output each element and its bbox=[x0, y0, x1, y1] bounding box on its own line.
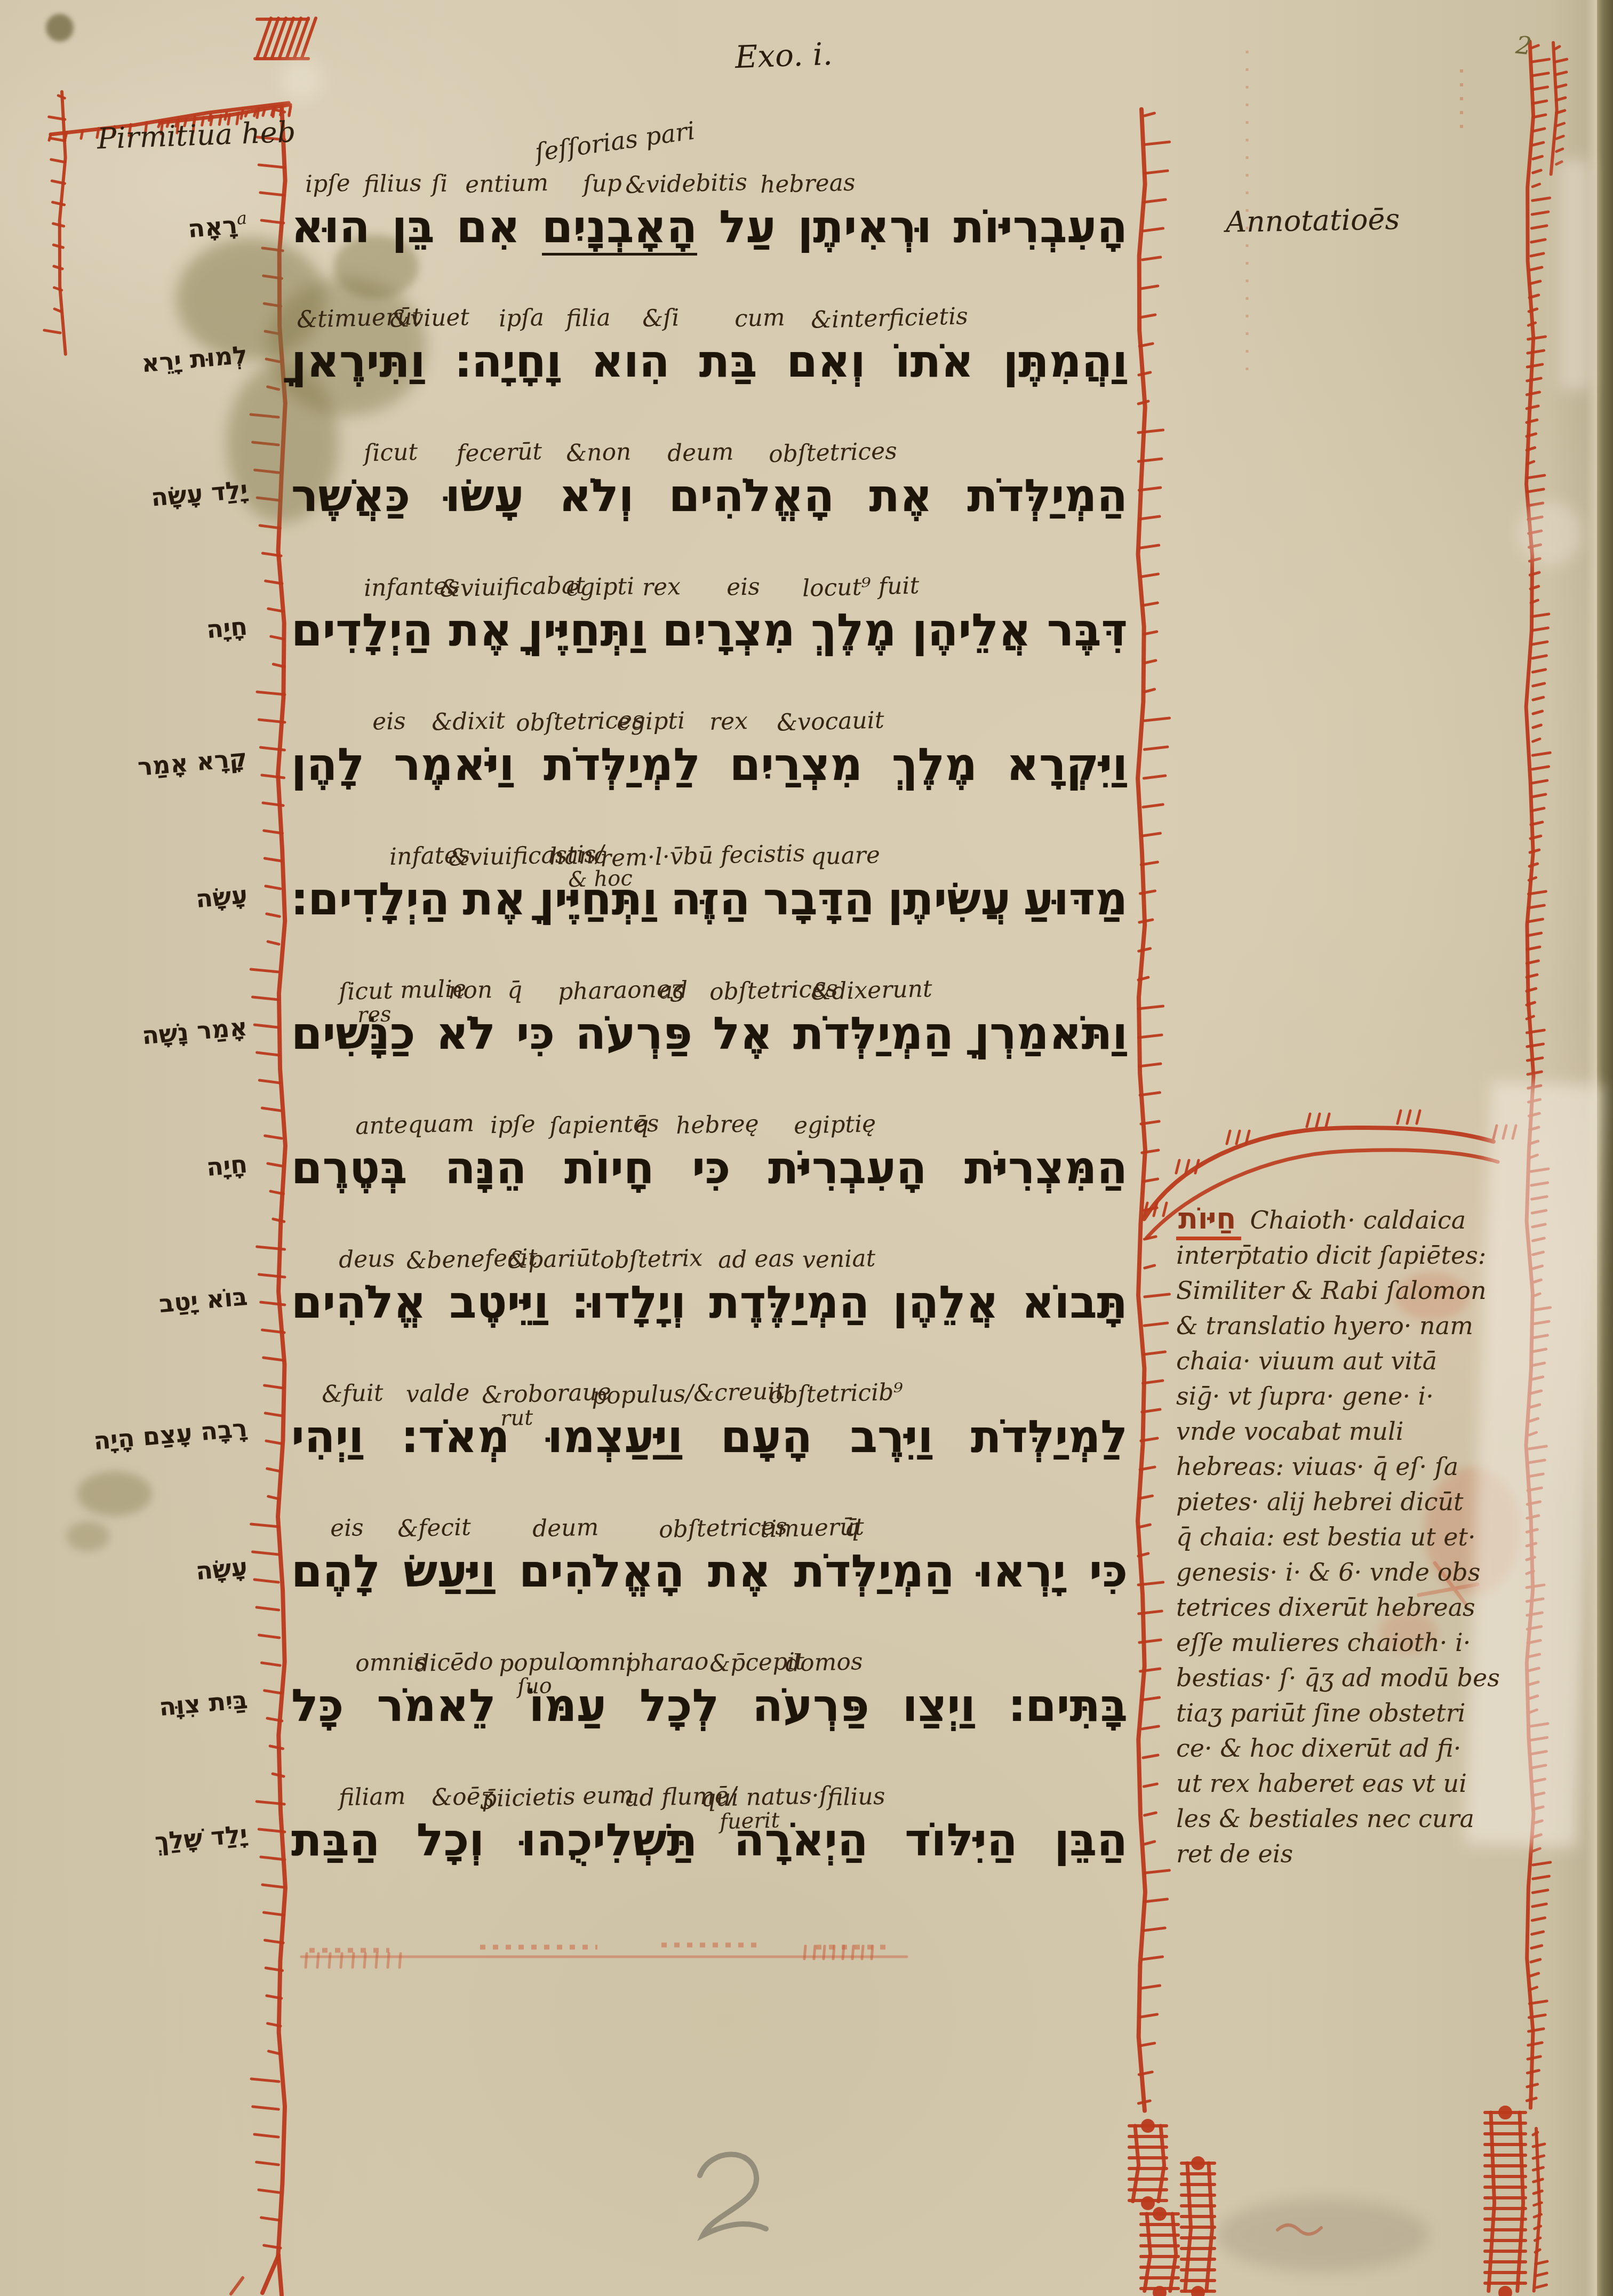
hebrew-word: אֶל bbox=[713, 1007, 773, 1059]
hebrew-word: הַמְיַלֶּדֶת bbox=[709, 1276, 869, 1328]
latin-gloss: veniat bbox=[802, 1245, 876, 1274]
hebrew-word: אֲלֵיהֶן bbox=[912, 604, 1031, 656]
hebrew-text-row: הָעִבְרִיּוֹתוּרְאִיתֶןעַלהָאָבְנָיִםאִם… bbox=[288, 201, 1131, 292]
latin-gloss-row: infantes&viuificabategiptirexeislocut⁹ f… bbox=[288, 562, 1131, 604]
hebrew-word: כַּאֲשֶׁר bbox=[291, 469, 410, 522]
latin-gloss: pharao bbox=[625, 1648, 709, 1677]
hebrew-text-row: הַמִּצְרִיֹּתהָעִבְרִיֹּתכִּיחָיוֹתהֵנָּ… bbox=[288, 1142, 1131, 1233]
hebrew-word: אֶת bbox=[869, 469, 932, 522]
hebrew-word: וַיֹּאמֶר bbox=[394, 738, 514, 791]
annotation-line: siḡ· vt ſupra· gene· i· bbox=[1176, 1378, 1571, 1414]
text-line: eis&dixitobſtetricesegiptirex&vocauitוַי… bbox=[288, 697, 1131, 831]
latin-gloss: &viuet bbox=[389, 304, 469, 333]
annotation-line: genesis· i· & 6· vnde obs bbox=[1176, 1554, 1571, 1590]
latin-gloss: filius bbox=[364, 170, 422, 198]
annotation-line: Similiter & Rabi ſalomon bbox=[1176, 1273, 1571, 1308]
hebrew-word: וַתֹּאמַרְןָ bbox=[974, 1007, 1128, 1059]
hebrew-word: חָיוֹת bbox=[564, 1142, 654, 1194]
hebrew-word: הָאָבְנָיִם bbox=[542, 201, 697, 256]
latin-gloss-row: eis&fecitdeumobſtetricestimuerūtq̄ bbox=[288, 1503, 1131, 1545]
latin-gloss-continuation: fuerit bbox=[720, 1808, 780, 1834]
text-line: filiam&oēʒp̄iicietis eumad flumē/qui nat… bbox=[288, 1772, 1131, 1907]
latin-gloss: ad eas bbox=[717, 1245, 795, 1274]
hebrew-word: כָּל bbox=[291, 1679, 344, 1732]
latin-gloss: filiam bbox=[338, 1782, 406, 1811]
hebrew-word: עַל bbox=[719, 201, 776, 253]
latin-gloss: &interficietis bbox=[810, 302, 968, 334]
margin-root-gloss: חָיָה bbox=[205, 1150, 249, 1182]
hebrew-text-row: תָּבוֹאאֲלֵהֶןהַמְיַלֶּדֶתוְיָלָדוּ׃וַיֵ… bbox=[288, 1276, 1131, 1368]
latin-gloss-row: antequamipſeſapientesq̄hebreęegiptię bbox=[288, 1100, 1131, 1142]
latin-gloss: populus/&creuit bbox=[591, 1377, 785, 1409]
hebrew-text-row: דִּבֶּראֲלֵיהֶןמֶלֶךְמִצְרָיִםוַתְּחַיֶּ… bbox=[288, 604, 1131, 696]
margin-reference-letter: a bbox=[236, 208, 247, 229]
hebrew-word: וָחָיָה׃ bbox=[455, 335, 562, 387]
hebrew-word: הַדָּבָר bbox=[763, 873, 875, 925]
latin-gloss: fecerūt bbox=[456, 438, 542, 467]
hebrew-word: אִם bbox=[456, 201, 520, 253]
annotation-line: interp̄tatio dicit ſapiētes: bbox=[1176, 1238, 1571, 1273]
hebrew-word: וַיְצַו bbox=[903, 1679, 976, 1732]
hebrew-word: אֱלֹהִים bbox=[291, 1276, 426, 1328]
latin-gloss-row: omnisdicēdopopuloſuoomnipharao&p̄cepitdo… bbox=[288, 1638, 1131, 1679]
hebrew-word: הַיִּלּוֹד bbox=[905, 1814, 1017, 1866]
hebrew-text-row: מַדּוּעַעֲשִׂיתֶןהַדָּבָרהַזֶּהוַתְּחַיֶ… bbox=[288, 873, 1131, 964]
hebrew-word: הוּא bbox=[291, 201, 370, 253]
hebrew-word: מַדּוּעַ bbox=[1024, 873, 1128, 925]
latin-gloss: egipti bbox=[566, 572, 635, 601]
latin-gloss-row: eis&dixitobſtetricesegiptirex&vocauit bbox=[288, 697, 1131, 738]
latin-gloss: ipſa bbox=[498, 304, 544, 332]
latin-gloss: &vocauit bbox=[777, 706, 885, 736]
hebrew-word: וַתְּחַיֶּיןָ bbox=[528, 604, 646, 656]
latin-gloss: hebreas bbox=[760, 169, 856, 199]
margin-root-gloss: רָאָהa bbox=[187, 208, 249, 243]
latin-gloss: rem·l·v̄bū fecistis bbox=[600, 840, 805, 872]
hebrew-word: הָעִבְרִיֹּת bbox=[768, 1142, 927, 1194]
hebrew-word: וַהֲמִתֶּן bbox=[1003, 335, 1128, 387]
hebrew-word: אֶת bbox=[449, 604, 513, 656]
latin-gloss: ipſe bbox=[305, 170, 350, 198]
latin-gloss-continuation: rut bbox=[500, 1406, 533, 1431]
hebrew-text-row: וַהֲמִתֶּןאֹתוֹוְאִםבַּתהִואוָחָיָה׃וַתִ… bbox=[288, 335, 1131, 427]
latin-gloss-continuation: ſuo bbox=[517, 1673, 553, 1699]
text-line: infantes&viuificabategiptirexeislocut⁹ f… bbox=[288, 562, 1131, 697]
hebrew-word: לָהֶם bbox=[291, 1545, 380, 1597]
latin-gloss: locut⁹ fuit bbox=[802, 572, 919, 602]
hebrew-word: כִּי bbox=[692, 1142, 730, 1194]
latin-gloss-row: ſicut mulieresnonq̄pharaoneʒadobſtetrice… bbox=[288, 966, 1131, 1007]
hebrew-word: בַּת bbox=[699, 335, 757, 387]
latin-gloss: deus bbox=[338, 1245, 395, 1274]
latin-gloss-row: &fuitvalde&roborauerutpopulus/&creuitobſ… bbox=[288, 1369, 1131, 1410]
hebrew-word: אֲלֵהֶן bbox=[893, 1276, 999, 1328]
latin-gloss: obſtetricib⁹ bbox=[768, 1378, 903, 1409]
text-line: ipſefiliusſientiumſup&videbitishebreasהָ… bbox=[288, 159, 1131, 293]
folio-number: 2 bbox=[1514, 30, 1533, 61]
latin-gloss-row: ipſefiliusſientiumſup&videbitishebreas bbox=[288, 159, 1131, 201]
hebrew-word: הִוא bbox=[591, 335, 670, 387]
latin-gloss: ipſe bbox=[490, 1111, 536, 1139]
hebrew-word: לַמְיַלְּדֹת bbox=[971, 1410, 1128, 1463]
margin-root-gloss: עָשָׂה bbox=[195, 1552, 249, 1585]
latin-gloss: p̄iicietis eum bbox=[482, 1781, 635, 1812]
latin-gloss: q̄ bbox=[633, 1111, 649, 1139]
latin-gloss: hebreę bbox=[675, 1110, 759, 1139]
hebrew-text-row: וַיִּקְרָאמֶלֶךְמִצְרַיִםלַמְיַלְּדֹתוַי… bbox=[288, 738, 1131, 830]
hebrew-word: הַמִּצְרִיֹּת bbox=[964, 1142, 1128, 1194]
text-line: &fuitvalde&roborauerutpopulus/&creuitobſ… bbox=[288, 1369, 1131, 1503]
latin-gloss: ad bbox=[659, 976, 689, 1004]
latin-gloss: domos bbox=[785, 1648, 864, 1677]
latin-gloss-row: infates&viuificastis/hanc& hocrem·l·v̄bū… bbox=[288, 831, 1131, 873]
annotation-line: ut rex haberet eas vt ui bbox=[1176, 1766, 1571, 1801]
annotation-line: ret de eis bbox=[1176, 1836, 1571, 1871]
hebrew-word: כַנָּשִׁים bbox=[291, 1007, 416, 1059]
hebrew-word: בְּטֶרֶם bbox=[291, 1142, 407, 1194]
hebrew-word: אֶת bbox=[708, 1545, 771, 1597]
hebrew-word: כִּי bbox=[1089, 1545, 1128, 1597]
manuscript-page: Exo. i. ſeſſorias pari Pirmitiua heb Ann… bbox=[0, 0, 1613, 2296]
hebrew-word: דִּבֶּר bbox=[1047, 604, 1128, 656]
latin-gloss: ſup bbox=[582, 170, 622, 198]
latin-gloss: q̄ bbox=[844, 1514, 859, 1542]
hebrew-word: לָהֶן bbox=[291, 738, 364, 791]
hebrew-word: וַיַּעַצְמוּ bbox=[547, 1410, 683, 1463]
latin-gloss: antequam bbox=[355, 1110, 475, 1140]
latin-gloss: rex bbox=[642, 573, 681, 601]
hebrew-word: הַבֵּן bbox=[1054, 1814, 1128, 1866]
latin-gloss: qui natus·ſ·fuerit bbox=[701, 1782, 836, 1813]
hebrew-word: וְאִם bbox=[786, 335, 865, 387]
page-title: Exo. i. bbox=[734, 36, 833, 75]
hebrew-word: בֵּן bbox=[392, 201, 435, 253]
latin-gloss: ſicut bbox=[364, 439, 418, 467]
hebrew-word: הֵנָּה bbox=[445, 1142, 526, 1194]
text-line: deus&benefecit&pariūtobſtetrixad easveni… bbox=[288, 1234, 1131, 1369]
annotation-line: bestias· ſ· q̄ʒ ad modū bes bbox=[1176, 1660, 1571, 1695]
latin-gloss: deum bbox=[532, 1513, 600, 1542]
latin-gloss: obſtetrices bbox=[768, 437, 897, 468]
annotation-line: ce· & hoc dixerūt ad fi· bbox=[1176, 1731, 1571, 1766]
hebrew-text-row: לַמְיַלְּדֹתוַיִּרֶבהָעָםוַיַּעַצְמוּמְא… bbox=[288, 1410, 1131, 1502]
latin-gloss: quare bbox=[810, 841, 880, 870]
hebrew-word: וַיִּרֶב bbox=[850, 1410, 933, 1463]
latin-gloss: egipti bbox=[617, 707, 685, 736]
text-line: ſicut mulieresnonq̄pharaoneʒadobſtetrice… bbox=[288, 966, 1131, 1100]
margin-root-gloss: עָשָׂה bbox=[195, 880, 249, 913]
hebrew-word: הָעָם bbox=[721, 1410, 812, 1463]
hebrew-word: וְכָל bbox=[417, 1814, 484, 1866]
latin-gloss-row: ſicutfecerūt&nondeumobſtetrices bbox=[288, 428, 1131, 469]
hebrew-word: מִצְרַיִם bbox=[730, 738, 863, 791]
hebrew-word: תָּבוֹא bbox=[1021, 1276, 1128, 1328]
latin-gloss: filia bbox=[566, 304, 611, 332]
annotation-line: chaia· viuum aut vitā bbox=[1176, 1343, 1571, 1378]
hebrew-word: הָאֱלֹהִים bbox=[519, 1545, 685, 1597]
annotation-line: tetrices dixerūt hebreas bbox=[1176, 1590, 1571, 1625]
hebrew-word: לַמְיַלְּדֹת bbox=[544, 738, 700, 791]
latin-gloss: non bbox=[448, 976, 493, 1004]
hebrew-word: וְיָלָדוּ׃ bbox=[572, 1276, 686, 1328]
hebrew-word: לֵאמֹר bbox=[377, 1679, 496, 1732]
hebrew-word: הַיְלָדִים׃ bbox=[291, 873, 450, 925]
latin-gloss: populoſuo bbox=[498, 1648, 580, 1677]
hebrew-text-row: וַתֹּאמַרְןָהַמְיַלְּדֹתאֶלפַּרְעֹהכִּיל… bbox=[288, 1007, 1131, 1099]
hebrew-word: פַּרְעֹה bbox=[752, 1679, 869, 1732]
text-line: antequamipſeſapientesq̄hebreęegiptięהַמִ… bbox=[288, 1100, 1131, 1234]
latin-gloss-row: deus&benefecit&pariūtobſtetrixad easveni… bbox=[288, 1234, 1131, 1276]
hebrew-word: וַתִּירֶאןָ bbox=[291, 335, 426, 387]
hebrew-text-row: הַבֵּןהַיִּלּוֹדהַיְאֹרָהתַּשְׁלִיכֻהוּו… bbox=[288, 1814, 1131, 1906]
hebrew-text-row: הַמְיַלְּדֹתאֶתהָאֱלֹהִיםוְלֹאעָשׂוּכַּא… bbox=[288, 469, 1131, 561]
latin-gloss: &fecit bbox=[397, 1513, 472, 1543]
latin-gloss: &dixit bbox=[431, 707, 505, 736]
hebrew-word: הַזֶּה bbox=[670, 873, 750, 925]
hebrew-word: עֲשִׂיתֶן bbox=[888, 873, 1010, 925]
hebrew-word: הַמְיַלְּדֹת bbox=[967, 469, 1128, 522]
latin-gloss: q̄ bbox=[507, 977, 522, 1004]
glossed-text-column: ipſefiliusſientiumſup&videbitishebreasהָ… bbox=[288, 159, 1131, 1907]
hebrew-word: פַּרְעֹה bbox=[576, 1007, 692, 1059]
hebrew-word: יָרְאוּ bbox=[978, 1545, 1066, 1597]
hebrew-word: אֶת bbox=[463, 873, 526, 925]
latin-gloss: deum bbox=[667, 438, 734, 467]
latin-gloss: entium bbox=[465, 169, 548, 198]
latin-gloss-row: filiam&oēʒp̄iicietis eumad flumē/qui nat… bbox=[288, 1772, 1131, 1814]
latin-gloss: &viuificabat bbox=[440, 571, 586, 602]
annotation-line: pietes· alij hebrei dicūt bbox=[1176, 1484, 1571, 1519]
latin-gloss: obſtetrix bbox=[600, 1244, 703, 1274]
hebrew-word: מֶלֶךְ bbox=[892, 738, 977, 791]
latin-gloss: &pariūt bbox=[507, 1245, 601, 1274]
hebrew-word: וַיֵּיטֶב bbox=[449, 1276, 549, 1328]
annotation-hebrew-heading: חַיּוֹת bbox=[1176, 1202, 1241, 1240]
text-line: infates&viuificastis/hanc& hocrem·l·v̄bū… bbox=[288, 831, 1131, 966]
annotation-line: & translatio hyero· nam bbox=[1176, 1308, 1571, 1343]
annotations-label: Annotatioēs bbox=[1225, 202, 1400, 239]
latin-gloss: dicēdo bbox=[414, 1648, 493, 1677]
latin-gloss-continuation: res bbox=[357, 1002, 392, 1027]
latin-gloss: hanc& hoc bbox=[549, 842, 607, 871]
annotation-line: q̄ chaia: est bestia ut et· bbox=[1176, 1519, 1571, 1554]
latin-gloss: filius bbox=[827, 1783, 886, 1812]
hebrew-word: מֶלֶךְ bbox=[811, 604, 896, 656]
hebrew-text-row: כִּייָרְאוּהַמְיַלְּדֹתאֶתהָאֱלֹהִיםוַיַ… bbox=[288, 1545, 1131, 1637]
hebrew-word: עָשׂוּ bbox=[445, 469, 524, 522]
hebrew-word: וּרְאִיתֶן bbox=[797, 201, 932, 253]
latin-gloss: eis bbox=[372, 707, 406, 736]
hebrew-word: מִצְרָיִם bbox=[662, 604, 795, 656]
hebrew-word: כִּי bbox=[516, 1007, 555, 1059]
latin-gloss: egiptię bbox=[793, 1110, 876, 1139]
hebrew-word: אֹתוֹ bbox=[895, 335, 973, 387]
hebrew-word: מְאֹד׃ bbox=[402, 1410, 510, 1463]
latin-gloss: &non bbox=[566, 438, 632, 467]
latin-gloss: ſi bbox=[431, 170, 448, 198]
page-number-pencil bbox=[700, 2154, 766, 2235]
latin-gloss: &fuit bbox=[322, 1379, 384, 1408]
text-line: omnisdicēdopopuloſuoomnipharao&p̄cepitdo… bbox=[288, 1638, 1131, 1772]
text-line: eis&fecitdeumobſtetricestimuerūtq̄כִּייָ… bbox=[288, 1503, 1131, 1638]
latin-gloss-row: &timuerūt&viuetipſafilia&ſicum&interfici… bbox=[288, 293, 1131, 335]
text-line: ſicutfecerūt&nondeumobſtetricesהַמְיַלְּ… bbox=[288, 428, 1131, 562]
hebrew-word: לְכָל bbox=[640, 1679, 719, 1732]
latin-gloss: &ſi bbox=[642, 304, 680, 332]
annotation-line: tiaʒ pariūt ſine obstetri bbox=[1176, 1695, 1571, 1731]
latin-gloss: eis bbox=[330, 1514, 364, 1542]
hebrew-word: וַיִּקְרָא bbox=[1007, 738, 1128, 791]
hebrew-word: הַיְלָדִים bbox=[291, 604, 433, 656]
latin-gloss: cum bbox=[734, 304, 786, 332]
annotation-line: eſſe mulieres chaioth· i· bbox=[1176, 1625, 1571, 1660]
hebrew-word: לֹא bbox=[436, 1007, 496, 1059]
hebrew-word: תַּשְׁלִיכֻהוּ bbox=[521, 1814, 698, 1866]
latin-gloss: &dixerunt bbox=[810, 975, 932, 1006]
top-left-label: Pirmitiua heb bbox=[97, 115, 296, 156]
annotation-line: vnde vocabat muli bbox=[1176, 1414, 1571, 1449]
hebrew-word: הַמְיַלְּדֹת bbox=[793, 1007, 954, 1059]
hebrew-word: הַמְיַלְּדֹת bbox=[794, 1545, 955, 1597]
hebrew-word: הָאֱלֹהִים bbox=[669, 469, 835, 522]
hebrew-word: וַיְהִי bbox=[291, 1410, 364, 1463]
annotation-block: חַיּוֹתChaioth· caldaica interp̄tatio di… bbox=[1176, 1201, 1571, 1871]
hebrew-word: הַבַּת bbox=[291, 1814, 380, 1866]
hebrew-word: הָעִבְרִיּוֹת bbox=[954, 201, 1128, 253]
hebrew-word: וַיַּעַשׂ bbox=[403, 1545, 496, 1597]
annotation-first-line: חַיּוֹתChaioth· caldaica bbox=[1176, 1201, 1571, 1238]
latin-gloss: &videbitis bbox=[625, 169, 747, 199]
annotation-line: les & bestiales nec cura bbox=[1176, 1801, 1571, 1836]
latin-gloss: eis bbox=[726, 573, 760, 601]
hebrew-word: וְלֹא bbox=[559, 469, 634, 522]
hebrew-word: בָּתִּים׃ bbox=[1009, 1679, 1128, 1732]
annotation-line: hebreas: viuas· q̄ eſ· ſa bbox=[1176, 1449, 1571, 1484]
hebrew-text-row: בָּתִּים׃וַיְצַופַּרְעֹהלְכָלעַמּוֹלֵאמֹ… bbox=[288, 1679, 1131, 1771]
margin-root-gloss: חָיָה bbox=[205, 612, 249, 644]
text-line: &timuerūt&viuetipſafilia&ſicum&interfici… bbox=[288, 293, 1131, 428]
latin-gloss: valde bbox=[406, 1379, 470, 1408]
latin-gloss: rex bbox=[709, 707, 748, 736]
